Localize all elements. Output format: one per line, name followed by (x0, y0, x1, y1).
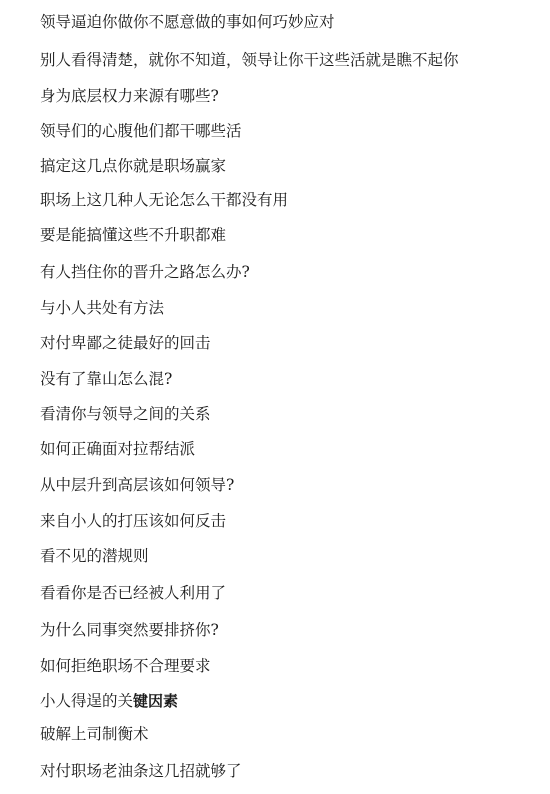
list-item: 没有了靠山怎么混? (40, 369, 172, 389)
line-text: 破解上司制衡术 (40, 725, 149, 743)
line-text: 有人挡住你的晋升之路怎么办? (40, 263, 250, 281)
list-item: 领导们的心腹他们都干哪些活 (40, 121, 242, 141)
list-item: 身为底层权力来源有哪些? (40, 86, 219, 106)
list-item: 从中层升到高层该如何领导? (40, 475, 234, 495)
line-text: 搞定这几点你就是职场赢家 (40, 157, 226, 175)
line-text: 从中层升到高层该如何领导? (40, 476, 234, 494)
list-item: 来自小人的打压该如何反击 (40, 511, 226, 531)
list-item: 职场上这几种人无论怎么干都没有用 (40, 190, 288, 210)
line-text: 对付卑鄙之徒最好的回击 (40, 334, 211, 352)
list-item: 看不见的潜规则 (40, 546, 149, 566)
line-text: 如何正确面对拉帮结派 (40, 440, 195, 458)
line-text: 小人得逞的关 (40, 692, 133, 710)
list-item: 与小人共处有方法 (40, 298, 164, 318)
list-item: 领导逼迫你做你不愿意做的事如何巧妙应对 (40, 12, 335, 32)
list-item: 为什么同事突然要排挤你? (40, 620, 219, 640)
list-item: 对付卑鄙之徒最好的回击 (40, 333, 211, 353)
line-text: 为什么同事突然要排挤你? (40, 621, 219, 639)
list-item: 小人得逞的关键因素 (40, 691, 178, 711)
line-text: 领导逼迫你做你不愿意做的事如何巧妙应对 (40, 13, 335, 31)
list-item: 搞定这几点你就是职场赢家 (40, 156, 226, 176)
list-item: 如何正确面对拉帮结派 (40, 439, 195, 459)
list-item: 破解上司制衡术 (40, 724, 149, 744)
line-text: 如何拒绝职场不合理要求 (40, 657, 211, 675)
list-item: 要是能搞懂这些不升职都难 (40, 225, 226, 245)
line-text: 与小人共处有方法 (40, 299, 164, 317)
line-text: 来自小人的打压该如何反击 (40, 512, 226, 530)
document-page: 领导逼迫你做你不愿意做的事如何巧妙应对 别人看得清楚，就你不知道，领导让你干这些… (0, 0, 550, 794)
line-text: 看看你是否已经被人利用了 (40, 584, 226, 602)
line-text: 别人看得清楚，就你不知道，领导让你干这些活就是瞧不起你 (40, 51, 459, 69)
line-text: 领导们的心腹他们都干哪些活 (40, 122, 242, 140)
line-text: 看清你与领导之间的关系 (40, 405, 211, 423)
line-text: 要是能搞懂这些不升职都难 (40, 226, 226, 244)
list-item: 看清你与领导之间的关系 (40, 404, 211, 424)
list-item: 别人看得清楚，就你不知道，领导让你干这些活就是瞧不起你 (40, 50, 459, 70)
list-item: 看看你是否已经被人利用了 (40, 583, 226, 603)
line-text: 身为底层权力来源有哪些? (40, 87, 219, 105)
list-item: 如何拒绝职场不合理要求 (40, 656, 211, 676)
list-item: 对付职场老油条这几招就够了 (40, 761, 242, 781)
line-text: 看不见的潜规则 (40, 547, 149, 565)
line-text-bold: 键因素 (133, 692, 178, 710)
list-item: 有人挡住你的晋升之路怎么办? (40, 262, 250, 282)
line-text: 对付职场老油条这几招就够了 (40, 762, 242, 780)
line-text: 职场上这几种人无论怎么干都没有用 (40, 191, 288, 209)
line-text: 没有了靠山怎么混? (40, 370, 172, 388)
